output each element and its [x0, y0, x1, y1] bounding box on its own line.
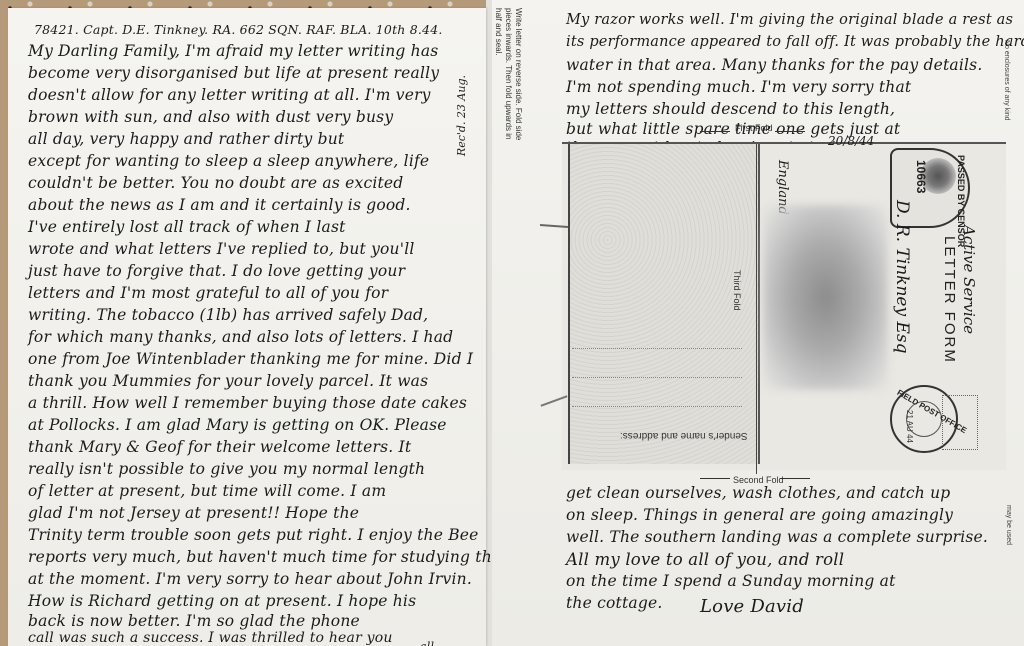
- letter-line: I've entirely lost all track of when I l…: [28, 218, 346, 236]
- letter-line: water in that area. Many thanks for the …: [566, 56, 982, 74]
- third-fold-label: Third Fold: [732, 270, 742, 311]
- stamp-box: [942, 395, 978, 450]
- letter-line: just have to forgive that. I do love get…: [28, 262, 405, 280]
- fold-arrow: [775, 131, 805, 132]
- form-instructions-right-bottom: may be used: [1005, 505, 1012, 545]
- redacted-address: [763, 205, 888, 390]
- letter-line: all day, very happy and rather dirty but: [28, 130, 344, 148]
- letter-line: I'm not spending much. I'm very sorry th…: [566, 78, 911, 96]
- letter-line: Trinity term trouble soon gets put right…: [28, 526, 479, 544]
- fold-arrow: [700, 131, 730, 132]
- letter-line: My Darling Family, I'm afraid my letter …: [28, 42, 438, 60]
- letter-line: really isn't possible to give you my nor…: [28, 460, 425, 478]
- form-instructions: Write letter on reverse side. Fold side …: [493, 8, 523, 148]
- letter-line: thank you Mummies for your lovely parcel…: [28, 372, 428, 390]
- first-fold-label: First Fold: [735, 123, 773, 133]
- sender-address-label: Sender's name and address:: [620, 430, 748, 441]
- letter-line: get clean ourselves, wash clothes, and c…: [566, 484, 950, 502]
- letter-line: How is Richard getting on at present. I …: [28, 592, 416, 610]
- letter-line: All my love to all of you, and roll: [566, 550, 844, 569]
- letter-line: thank Mary & Geof for their welcome lett…: [28, 438, 411, 456]
- received-date-note: Rec'd. 23 Aug.: [455, 75, 468, 156]
- letter-line: my letters should descend to this length…: [566, 100, 895, 118]
- third-fold-line: [756, 144, 757, 474]
- letter-line: well. The southern landing was a complet…: [566, 528, 988, 546]
- letter-line: brown with sun, and also with dust very …: [28, 108, 393, 126]
- letter-line: at the moment. I'm very sorry to hear ab…: [28, 570, 472, 588]
- letter-line: on sleep. Things in general are going am…: [566, 506, 953, 524]
- letter-line: for which many thanks, and also lots of …: [28, 328, 453, 346]
- letter-line: letters and I'm most grateful to all of …: [28, 284, 388, 302]
- handwritten-active-service: Active Service: [960, 225, 978, 334]
- fold-arrow: [700, 478, 730, 479]
- signature: Love David: [700, 596, 804, 617]
- letter-line: its performance appeared to fall off. It…: [566, 34, 1024, 50]
- letter-line: back is now better. I'm so glad the phon…: [28, 612, 360, 630]
- letter-line: of letter at present, but time will come…: [28, 482, 386, 500]
- letter-line: all.: [420, 640, 438, 646]
- letter-line: the cottage.: [566, 594, 662, 612]
- letter-line: reports very much, but haven't much time…: [28, 548, 516, 566]
- letter-line: doesn't allow for any letter writing at …: [28, 86, 431, 104]
- censor-number: 10663: [914, 160, 928, 193]
- letter-line: except for wanting to sleep a sleep anyw…: [28, 152, 429, 170]
- form-instructions-right-top: No enclosures of any kind: [1003, 40, 1010, 121]
- letter-line: become very disorganised but life at pre…: [28, 64, 439, 82]
- handwritten-initials: 20/8/44: [828, 134, 874, 148]
- letter-line: My razor works well. I'm giving the orig…: [566, 12, 1013, 28]
- address-dotted-line: [572, 348, 742, 349]
- handwritten-recipient: D. R. Tinkney Esq: [892, 200, 912, 354]
- letter-line: on the time I spend a Sunday morning at: [566, 572, 896, 590]
- letter-line: a thrill. How well I remember buying tho…: [28, 394, 467, 412]
- letter-header: 78421. Capt. D.E. Tinkney. RA. 662 SQN. …: [34, 22, 443, 37]
- address-dotted-line: [572, 406, 742, 407]
- letter-line: call was such a success. I was thrilled …: [28, 630, 393, 646]
- letter-line: glad I'm not Jersey at present!! Hope th…: [28, 504, 359, 522]
- letter-form-title: LETTER FORM: [941, 236, 958, 364]
- address-dotted-line: [572, 377, 742, 378]
- letter-line: at Pollocks. I am glad Mary is getting o…: [28, 416, 447, 434]
- letter-line: wrote and what letters I've replied to, …: [28, 240, 415, 258]
- letter-line: about the news as I am and it certainly …: [28, 196, 411, 214]
- postmark-date: 21 AU 44: [905, 410, 914, 443]
- fold-arrow: [780, 478, 810, 479]
- letter-line: one from Joe Wintenblader thanking me fo…: [28, 350, 473, 368]
- letter-line: writing. The tobacco (1lb) has arrived s…: [28, 306, 428, 324]
- letter-line: couldn't be better. You no doubt are as …: [28, 174, 403, 192]
